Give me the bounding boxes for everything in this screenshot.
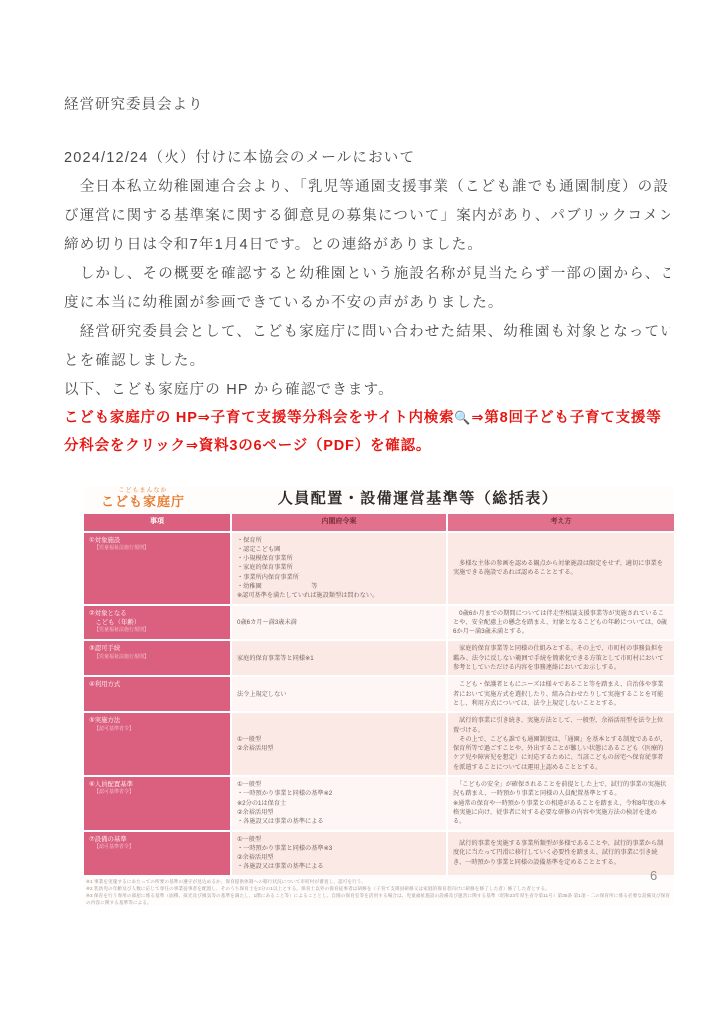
proposal-cell: ①一般型 ・一時預かり事業と同様の基準※2 ※2分の1は保育士 ②余裕活用型 ・… bbox=[232, 777, 446, 829]
proposal-cell: 家庭的保育事業等と同様※1 bbox=[232, 641, 446, 675]
item-note: 【認可基準省令】 bbox=[89, 789, 226, 796]
body-line: 度に本当に幼稚園が参画できているか不安の声がありました。 bbox=[64, 289, 670, 318]
table-row-item: ③認可手続【児童福祉法施行規則】 bbox=[84, 641, 230, 675]
item-label: ③認可手続 bbox=[89, 645, 120, 652]
rationale-cell: 「こどもの安全」が確保されることを前提とした上で、試行的事業の実施状況も踏まえ、… bbox=[448, 777, 674, 829]
agency-logo-name: こども家庭庁 bbox=[84, 495, 202, 509]
table-footnotes: ※1 事業を実施するにあたっての所要の基準の遵守が見込めるか、保育提供体制への移… bbox=[84, 878, 674, 906]
item-note: 【児童福祉法施行規則】 bbox=[89, 654, 226, 661]
table-row-item: ②対象となる こども（年齢）【児童福祉法施行規則】 bbox=[84, 606, 230, 640]
page-title: 経営研究委員会より bbox=[64, 93, 204, 114]
proposal-cell: ・保育所 ・認定こども園 ・小規模保育事業所 ・家庭的保育事業所 ・事業所内保育… bbox=[232, 533, 446, 604]
table-row-item: ⑤実施方法【認可基準省令】 bbox=[84, 713, 230, 775]
notice-line1-text: こども家庭庁の HP⇒子育て支援等分科会をサイト内検索 bbox=[64, 410, 454, 426]
item-note: 【認可基準省令】 bbox=[89, 844, 226, 851]
proposal-cell: 法令上規定しない bbox=[232, 677, 446, 711]
footnote: ※2 乳幼児の年齢及び人数に応じて専任の事業従事者を配置し、そのうち保育士を2分… bbox=[86, 885, 672, 892]
column-header-item: 事項 bbox=[84, 514, 230, 531]
body-line: 締め切り日は令和7年1月4日です。との連絡がありました。 bbox=[64, 231, 670, 260]
body-line: しかし、その概要を確認すると幼稚園という施設名称が見当たらず一部の園から、この制 bbox=[64, 260, 670, 289]
item-label: ④利用方式 bbox=[89, 681, 120, 688]
rationale-cell: 家庭的保育事業等と同様の仕組みとする。その上で、市町村の事務負担を鑑み、法令に反… bbox=[448, 641, 674, 675]
rationale-cell: 試行的事業を実施する事業所類型が多様であることや、試行的事業から制度化に当たって… bbox=[448, 832, 674, 875]
summary-table: 事項 内閣府令案 考え方 ①対象施設【児童福祉法施行規則】 ・保育所 ・認定こど… bbox=[84, 514, 674, 875]
table-title: 人員配置・設備運営基準等（総括表） bbox=[202, 487, 674, 511]
search-icon: 🔍 bbox=[454, 410, 471, 425]
body-line: 全日本私立幼稚園連合会より、「乳児等通園支援事業（こども誰でも通園制度）の設備及 bbox=[64, 173, 670, 202]
rationale-cell: 0歳6か月までの期間については伴走型相談支援事業等が実施されていることや、安全配… bbox=[448, 606, 674, 640]
footnote: ※3 保育を行う専用の部屋に係る基準（面積、採光及び換気等の基準を満たし、1階に… bbox=[86, 892, 672, 906]
proposal-cell: 0歳6カ月～満3歳未満 bbox=[232, 606, 446, 640]
body-line: 以下、こども家庭庁の HP から確認できます。 bbox=[64, 376, 670, 405]
body-text: 2024/12/24（火）付けに本協会のメールにおいて 全日本私立幼稚園連合会よ… bbox=[64, 144, 670, 405]
page-number: 6 bbox=[650, 868, 657, 883]
document-page: 経営研究委員会より 2024/12/24（火）付けに本協会のメールにおいて 全日… bbox=[0, 0, 724, 1024]
body-line: 2024/12/24（火）付けに本協会のメールにおいて bbox=[64, 144, 670, 173]
item-label: ⑥人員配置基準 bbox=[89, 781, 133, 788]
rationale-cell: こども・保護者ともにニーズは様々であること等を踏まえ、自治体や事業者において実施… bbox=[448, 677, 674, 711]
footnote: ※1 事業を実施するにあたっての所要の基準の遵守が見込めるか、保育提供体制への移… bbox=[86, 878, 672, 885]
rationale-cell: 試行的事業に引き続き、実施方法として、一般型、余裕活用型を法令上位置づける。 そ… bbox=[448, 713, 674, 775]
notice-line-2: 分科会をクリック⇒資料3の6ページ（PDF）を確認。 bbox=[64, 432, 670, 461]
table-row-item: ⑥人員配置基準【認可基準省令】 bbox=[84, 777, 230, 829]
column-header-proposal: 内閣府令案 bbox=[232, 514, 446, 531]
agency-logo: こどもまんなか こども家庭庁 bbox=[84, 488, 202, 511]
item-label: ②対象となる こども（年齢） bbox=[89, 610, 140, 626]
table-row-item: ④利用方式 bbox=[84, 677, 230, 711]
table-row-item: ①対象施設【児童福祉法施行規則】 bbox=[84, 533, 230, 604]
column-header-rationale: 考え方 bbox=[448, 514, 674, 531]
rationale-cell: 多様な主体の参画を認める観点から対象施設は限定をせず、適切に事業を実施できる施設… bbox=[448, 533, 674, 604]
proposal-cell: ①一般型 ・一時預かり事業と同様の基準※3 ②余裕活用型 ・各施設又は事業の基準… bbox=[232, 832, 446, 875]
proposal-cell: ①一般型 ②余裕活用型 bbox=[232, 713, 446, 775]
notice-line-1: こども家庭庁の HP⇒子育て支援等分科会をサイト内検索🔍⇒第8回子ども子育て支援… bbox=[64, 403, 670, 432]
body-line: とを確認しました。 bbox=[64, 347, 670, 376]
scan-header: こどもまんなか こども家庭庁 人員配置・設備運営基準等（総括表） bbox=[84, 487, 674, 511]
item-note: 【児童福祉法施行規則】 bbox=[89, 627, 226, 634]
item-label: ①対象施設 bbox=[89, 537, 120, 544]
item-label: ⑦設備の基準 bbox=[89, 836, 127, 843]
notice-line1-text-after: ⇒第8回子ども子育て支援等 bbox=[471, 410, 661, 426]
body-line: 経営研究委員会として、こども家庭庁に問い合わせた結果、幼稚園も対象となっているこ bbox=[64, 318, 670, 347]
red-notice: こども家庭庁の HP⇒子育て支援等分科会をサイト内検索🔍⇒第8回子ども子育て支援… bbox=[64, 403, 670, 461]
table-row-item: ⑦設備の基準【認可基準省令】 bbox=[84, 832, 230, 875]
item-note: 【児童福祉法施行規則】 bbox=[89, 545, 226, 552]
item-label: ⑤実施方法 bbox=[89, 717, 120, 724]
body-line: び運営に関する基準案に関する御意見の募集について」案内があり、パブリックコメント… bbox=[64, 202, 670, 231]
scanned-table-image: こどもまんなか こども家庭庁 人員配置・設備運営基準等（総括表） 事項 内閣府令… bbox=[84, 487, 674, 906]
item-note: 【認可基準省令】 bbox=[89, 726, 226, 733]
